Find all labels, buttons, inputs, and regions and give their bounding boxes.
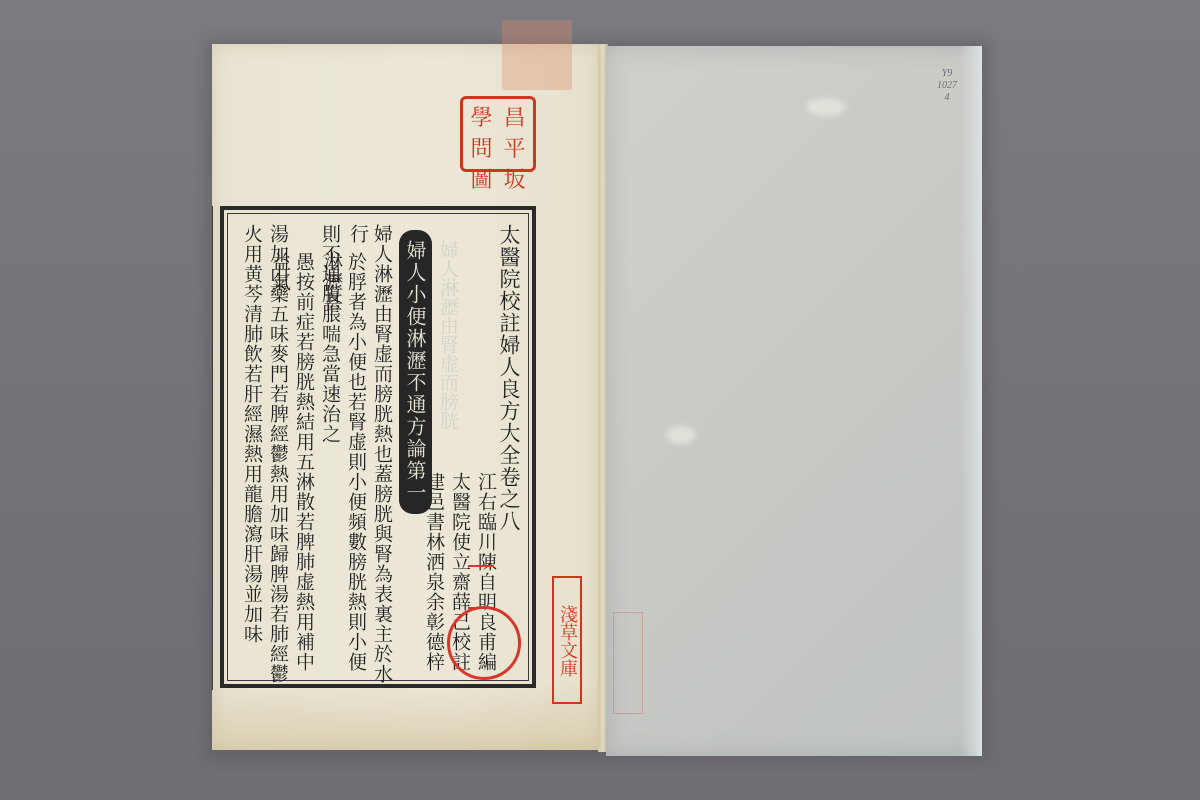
chapter-heading: 婦人小便淋瀝不通方論第一 (399, 230, 432, 514)
red-annotation-marks (468, 565, 494, 609)
paper-fleck (666, 426, 696, 444)
paper-fleck (806, 98, 846, 116)
catalog-line-1: Y9 (932, 68, 962, 80)
volume-title: 太醫院校註婦人良方大全卷之八 (494, 224, 524, 532)
round-seal (447, 606, 521, 680)
right-page-endpaper (606, 46, 982, 756)
square-collector-seal: 昌平坂學問圖 (460, 96, 536, 172)
body-column-3: 則不通腹脹喘急當速治之 (318, 224, 342, 444)
tall-rectangular-seal: 淺草文庫 (552, 576, 582, 704)
seal-offset-mark (613, 612, 643, 714)
catalog-line-3: 4 (932, 92, 962, 104)
body-column-5: 湯加山藥五味麥門若脾經鬱熱用加味歸脾湯若肺經鬱 (266, 224, 290, 684)
show-through-text: 婦人淋瀝由腎虚而膀胱 (435, 240, 462, 430)
catalog-line-2: 1027 (932, 80, 962, 92)
water-stain (212, 680, 600, 750)
faded-offset-seal (502, 20, 572, 90)
page-edge-highlight (960, 46, 982, 756)
catalog-number-note: Y9 1027 4 (932, 68, 962, 104)
body-column-6: 火用黄芩清肺飲若肝經濕熱用龍膽瀉肝湯並加味 (240, 224, 264, 644)
